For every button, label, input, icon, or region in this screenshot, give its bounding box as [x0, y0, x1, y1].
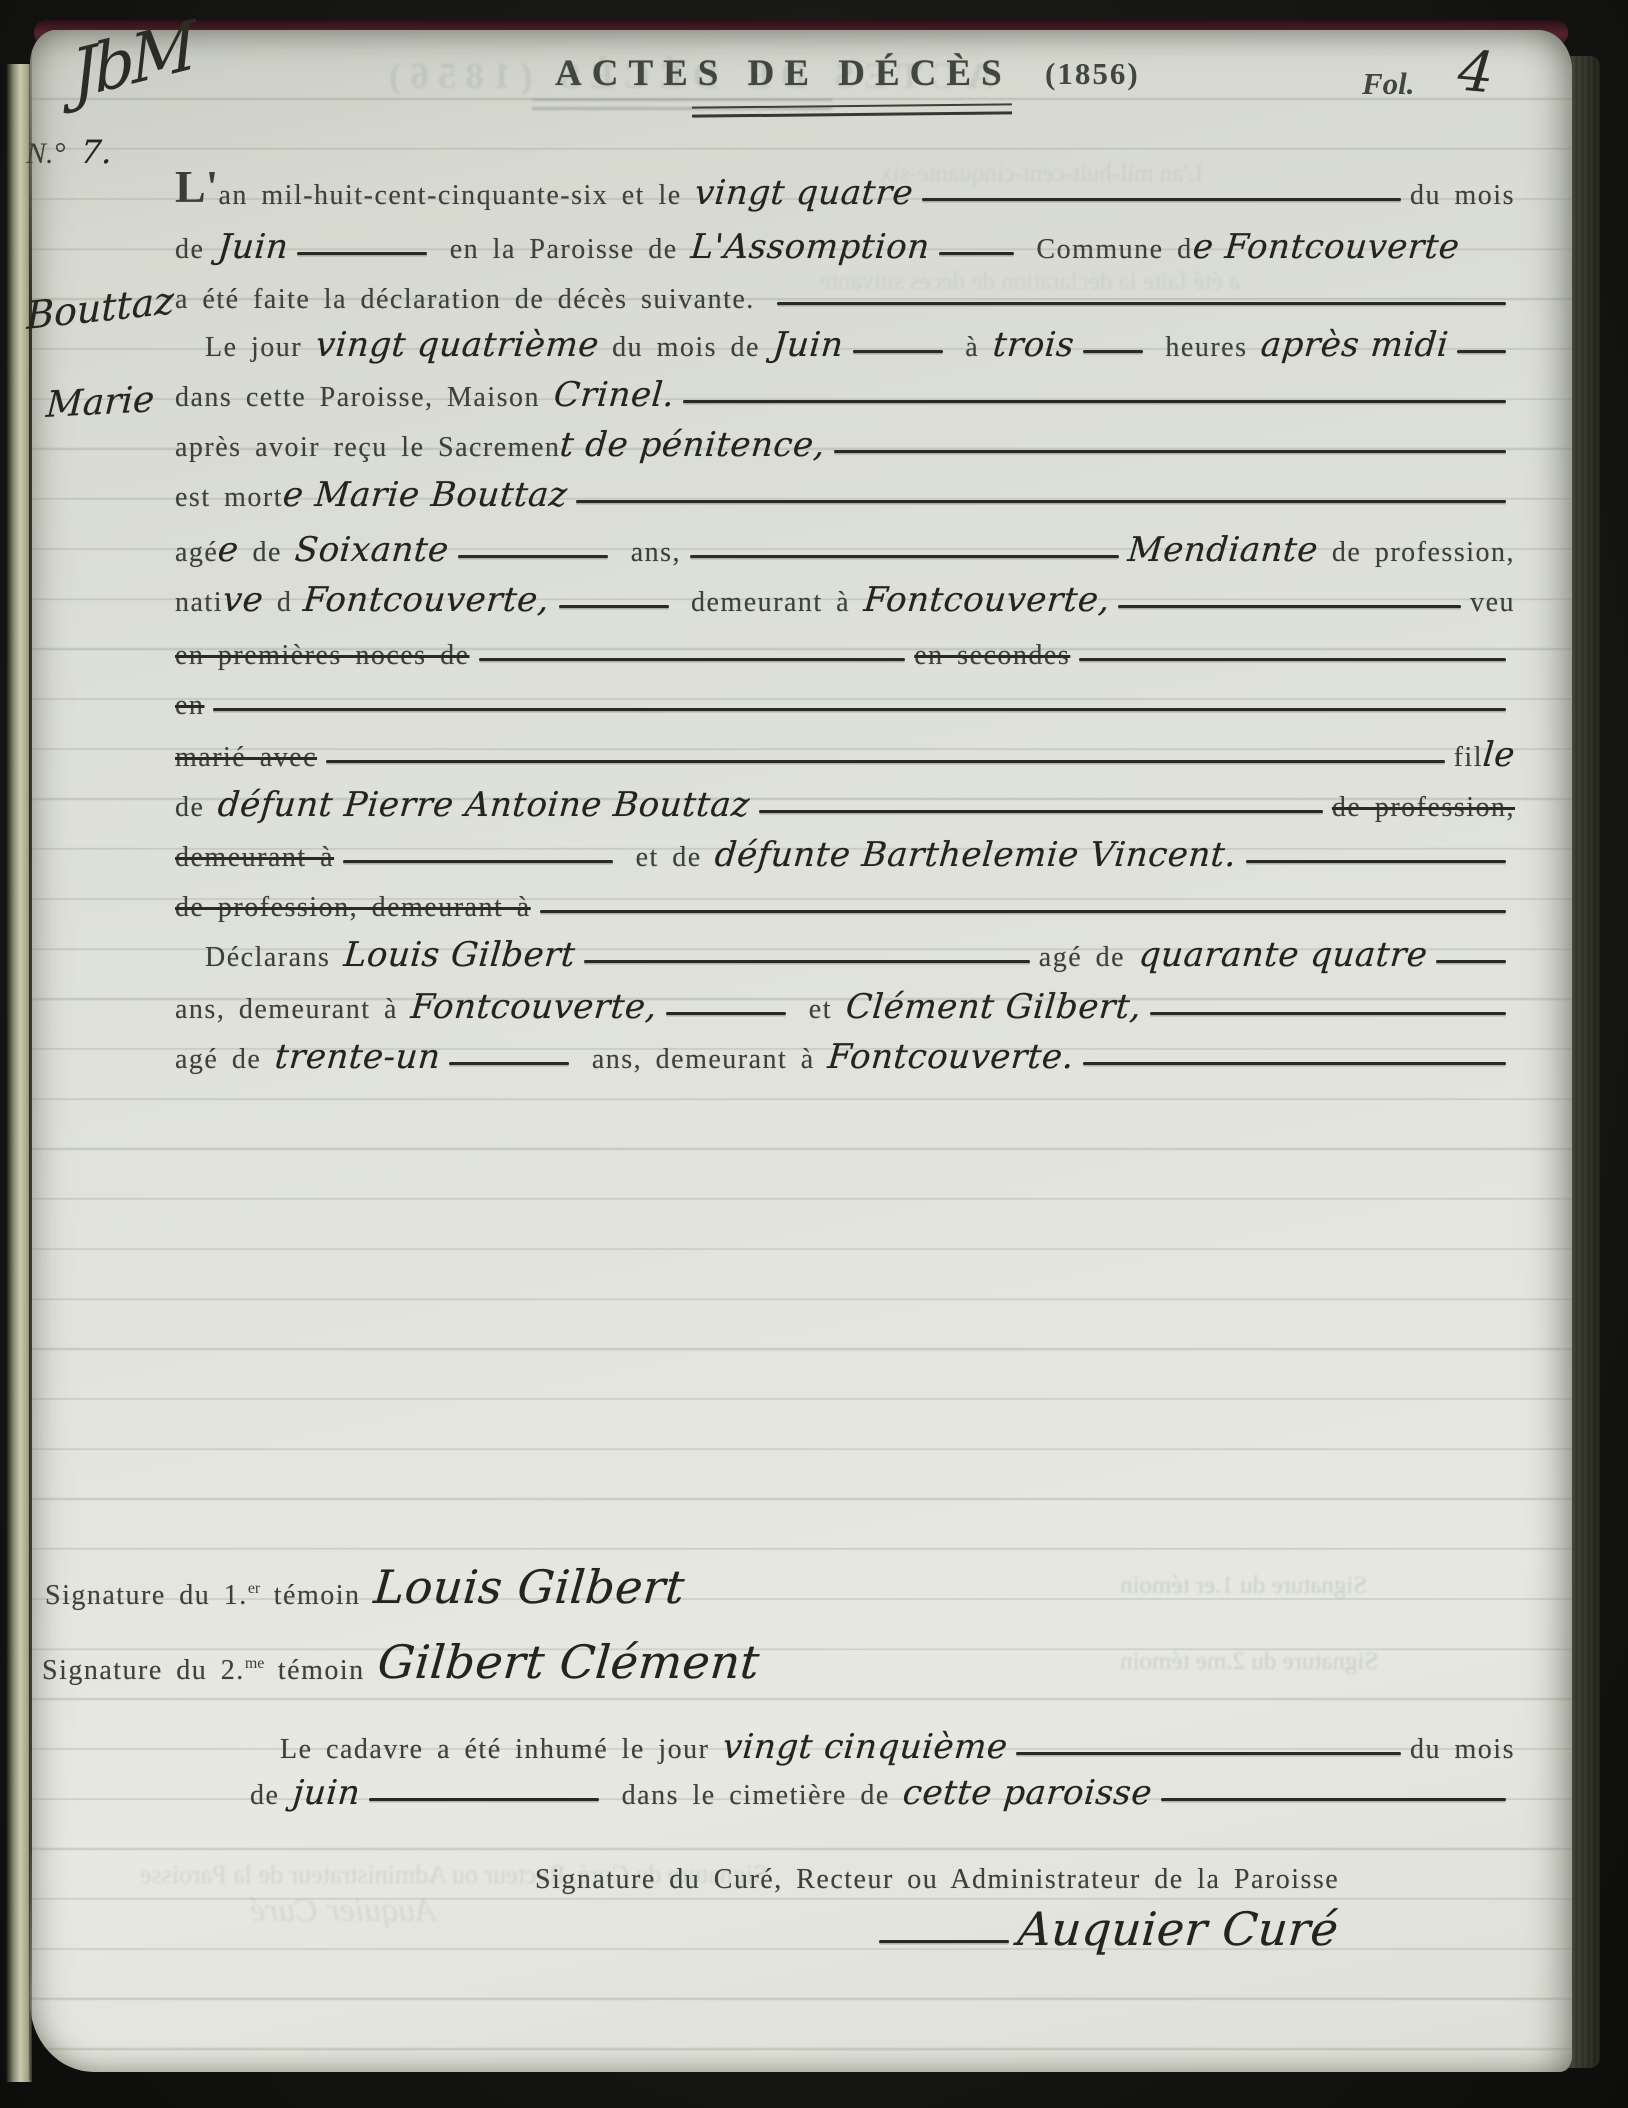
act-line: de Juin en la Paroisse de L'Assomption C…	[175, 222, 1515, 264]
handwritten-text: Crinel.	[552, 378, 675, 412]
handwritten-text: L'Assomption	[690, 230, 932, 264]
printed-text: demeurant à	[678, 589, 864, 617]
handwritten-text: défunt Pierre Antoine Bouttaz	[216, 788, 751, 822]
ink-rule-line	[922, 198, 1401, 201]
ink-rule-line	[369, 1798, 599, 1801]
act-line: en	[175, 678, 1515, 720]
handwritten-text: Juin	[772, 328, 845, 362]
ink-rule-line	[1079, 658, 1506, 661]
act-line: native d Fontcouverte, demeurant à Fontc…	[175, 575, 1515, 617]
printed-text-struck: de profession,	[1332, 794, 1515, 822]
photo-frame: ACTES DE DÉCÈS (1856)L'an mil-huit-cent-…	[0, 0, 1628, 2108]
ink-rule-line	[343, 860, 613, 863]
printed-text: ans, demeurant à	[175, 996, 411, 1024]
handwritten-text: après midi	[1260, 328, 1450, 362]
act-line: Le jour vingt quatrième du mois de Juin …	[205, 320, 1515, 362]
ink-rule-line	[1436, 960, 1506, 963]
printed-text: de	[175, 794, 218, 822]
handwritten-text: vingt quatre	[694, 176, 915, 210]
ink-rule-line	[1083, 350, 1143, 353]
ink-rule-line	[559, 605, 669, 608]
act-line: agée de Soixante ans,Mendiante de profes…	[175, 525, 1515, 567]
ink-rule-line	[458, 555, 608, 558]
act-line: de profession, demeurant à	[175, 880, 1515, 922]
act-line: après avoir reçu le Sacrement de péniten…	[175, 420, 1515, 462]
printed-text-struck: marié avec	[175, 744, 317, 772]
act-line: Signature du 1.er témoin Louis Gilbert	[45, 1540, 945, 1610]
handwritten-text: Mendiante	[1127, 533, 1320, 567]
act-number: N.° 7.	[26, 136, 112, 171]
printed-text: du mois	[1410, 182, 1515, 210]
handwritten-text: e	[217, 533, 241, 567]
printed-text: de	[250, 1782, 293, 1810]
ink-rule-line	[1246, 860, 1506, 863]
handwritten-text: ve	[222, 583, 265, 617]
margin-note-firstname: Marie	[45, 379, 155, 426]
printed-dropcap: L'	[175, 164, 218, 210]
printed-text: heures	[1152, 334, 1261, 362]
ink-rule-line	[879, 1940, 1009, 1943]
act-line: L'an mil-huit-cent-cinquante-six et le v…	[175, 168, 1515, 210]
printed-text: Déclarans	[205, 944, 344, 972]
handwritten-text: vingt cinquième	[721, 1730, 1009, 1764]
act-number-value: 7.	[79, 136, 113, 168]
act-line: en premières noces deen secondes	[175, 628, 1515, 670]
printed-text: de	[239, 539, 295, 567]
printed-text: de profession,	[1318, 539, 1515, 567]
ink-rule-line	[326, 760, 1445, 763]
printed-text: ans, demeurant à	[578, 1046, 828, 1074]
printed-text: en la Paroisse de	[436, 236, 691, 264]
printed-text-struck: en premières noces de	[175, 642, 470, 670]
ink-rule-line	[297, 252, 427, 255]
printed-text: Commune d	[1023, 236, 1193, 264]
printed-text: nati	[175, 589, 223, 617]
page-title: ACTES DE DÉCÈS	[555, 52, 1012, 95]
handwritten-text: le	[1482, 738, 1517, 772]
ink-rule-line	[449, 1062, 569, 1065]
folio-number: 4	[1455, 39, 1496, 107]
printed-text-struck: de profession, demeurant à	[175, 894, 531, 922]
ink-rule-line	[1150, 1012, 1506, 1015]
handwritten-text: cette paroisse	[902, 1776, 1154, 1810]
printed-text: Le cadavre a été inhumé le jour	[280, 1736, 723, 1764]
handwritten-signature: Louis Gilbert	[372, 1564, 687, 1610]
handwritten-signature: Gilbert Clément	[376, 1639, 762, 1685]
ink-rule-line	[834, 450, 1506, 453]
ink-rule-line	[584, 960, 1030, 963]
printed-text: Signature du 2.	[42, 1657, 245, 1685]
handwritten-text: Fontcouverte,	[291, 583, 551, 617]
printed-text: Signature du 1.	[45, 1582, 248, 1610]
act-line: a été faite la déclaration de décès suiv…	[175, 272, 1515, 314]
act-line: ans, demeurant à Fontcouverte, et Clémen…	[175, 982, 1515, 1024]
printed-text: d	[263, 589, 292, 617]
printed-text: témoin	[264, 1657, 378, 1685]
handwritten-text: trente-un	[273, 1040, 441, 1074]
handwritten-text: quarante quatre	[1137, 938, 1428, 972]
ink-rule-line	[213, 708, 1506, 711]
printed-superscript: me	[245, 1656, 265, 1672]
act-line: Signature du 2.me témoin Gilbert Clément	[42, 1615, 942, 1685]
printed-text: et	[795, 996, 845, 1024]
handwritten-text: Louis Gilbert	[342, 938, 576, 972]
printed-text: fil	[1454, 744, 1483, 772]
handwritten-text: trois	[991, 328, 1075, 362]
printed-text: à	[952, 334, 993, 362]
ink-rule-line	[1161, 1798, 1506, 1801]
handwritten-text: t de pénitence,	[559, 428, 827, 462]
printed-text: de	[175, 236, 218, 264]
printed-text: agé de	[1039, 944, 1139, 972]
ink-rule-line	[853, 350, 943, 353]
act-line: demeurant à et de défunte Barthelemie Vi…	[175, 830, 1515, 872]
act-line: est morte Marie Bouttaz	[175, 470, 1515, 512]
printed-text: du mois de	[599, 334, 774, 362]
handwritten-text: juin	[291, 1776, 361, 1810]
printed-text: Le jour	[205, 334, 316, 362]
handwritten-text: Clément Gilbert,	[844, 990, 1142, 1024]
printed-text: et de	[622, 844, 715, 872]
handwritten-text: défunte Barthelemie Vincent.	[714, 838, 1238, 872]
printed-text: après avoir reçu le Sacremen	[175, 434, 560, 462]
act-number-label: N.°	[26, 137, 66, 170]
ink-rule-line	[1457, 350, 1506, 353]
act-line: Le cadavre a été inhumé le jour vingt ci…	[280, 1722, 1515, 1764]
ink-rule-line	[576, 500, 1506, 503]
ink-rule-line	[1118, 605, 1461, 608]
ink-rule-line	[1083, 1062, 1506, 1065]
folio-label: Fol.	[1362, 66, 1415, 102]
printed-text: est mort	[175, 484, 283, 512]
printed-text: veu	[1470, 589, 1515, 617]
ink-rule-line	[759, 810, 1323, 813]
ink-rule-line	[777, 302, 1506, 305]
ink-rule-line	[939, 252, 1014, 255]
page-title-year: (1856)	[1045, 56, 1140, 92]
ink-rule-line	[683, 400, 1506, 403]
act-line: de défunt Pierre Antoine Bouttazde profe…	[175, 780, 1515, 822]
printed-text: an mil-huit-cent-cinquante-six et le	[218, 182, 695, 210]
act-line: dans cette Paroisse, Maison Crinel.	[175, 370, 1515, 412]
binding-crease	[29, 44, 32, 2080]
handwritten-text: Soixante	[294, 533, 451, 567]
printed-text-struck: en secondes	[914, 642, 1070, 670]
ink-rule-line	[1016, 1752, 1401, 1755]
printed-text: ans,	[617, 539, 681, 567]
handwritten-text: Fontcouverte.	[827, 1040, 1076, 1074]
printed-text: a été faite la déclaration de décès suiv…	[175, 286, 768, 314]
handwritten-signature: Auquier Curé	[1016, 1906, 1341, 1952]
printed-text: agé de	[175, 1046, 275, 1074]
printed-text: dans cette Paroisse, Maison	[175, 384, 554, 412]
printed-superscript: er	[248, 1581, 260, 1597]
ink-rule-line	[690, 555, 1119, 558]
act-line: Déclarans Louis Gilbertagé de quarante q…	[205, 930, 1515, 972]
handwritten-text: Juin	[216, 230, 289, 264]
printed-text: témoin	[260, 1582, 374, 1610]
handwritten-text: e Fontcouverte	[1191, 230, 1460, 264]
ink-rule-line	[479, 658, 906, 661]
act-line: agé de trente-un ans, demeurant à Fontco…	[175, 1032, 1515, 1074]
ink-rule-line	[540, 910, 1506, 913]
handwritten-text: Fontcouverte,	[410, 990, 659, 1024]
act-line: de juin dans le cimetière de cette paroi…	[250, 1768, 1515, 1810]
printed-text: agé	[175, 539, 218, 567]
handwritten-text: vingt quatrième	[314, 328, 600, 362]
handwritten-text: e Marie Bouttaz	[282, 478, 569, 512]
act-line: Auquier Curé	[870, 1888, 1340, 1952]
printed-text-struck: en	[175, 692, 204, 720]
act-line: marié avecfille	[175, 730, 1515, 772]
handwritten-text: Fontcouverte,	[862, 583, 1111, 617]
printed-text: du mois	[1410, 1736, 1515, 1764]
printed-text-struck: demeurant à	[175, 844, 334, 872]
printed-text: dans le cimetière de	[608, 1782, 903, 1810]
ink-rule-line	[666, 1012, 786, 1015]
